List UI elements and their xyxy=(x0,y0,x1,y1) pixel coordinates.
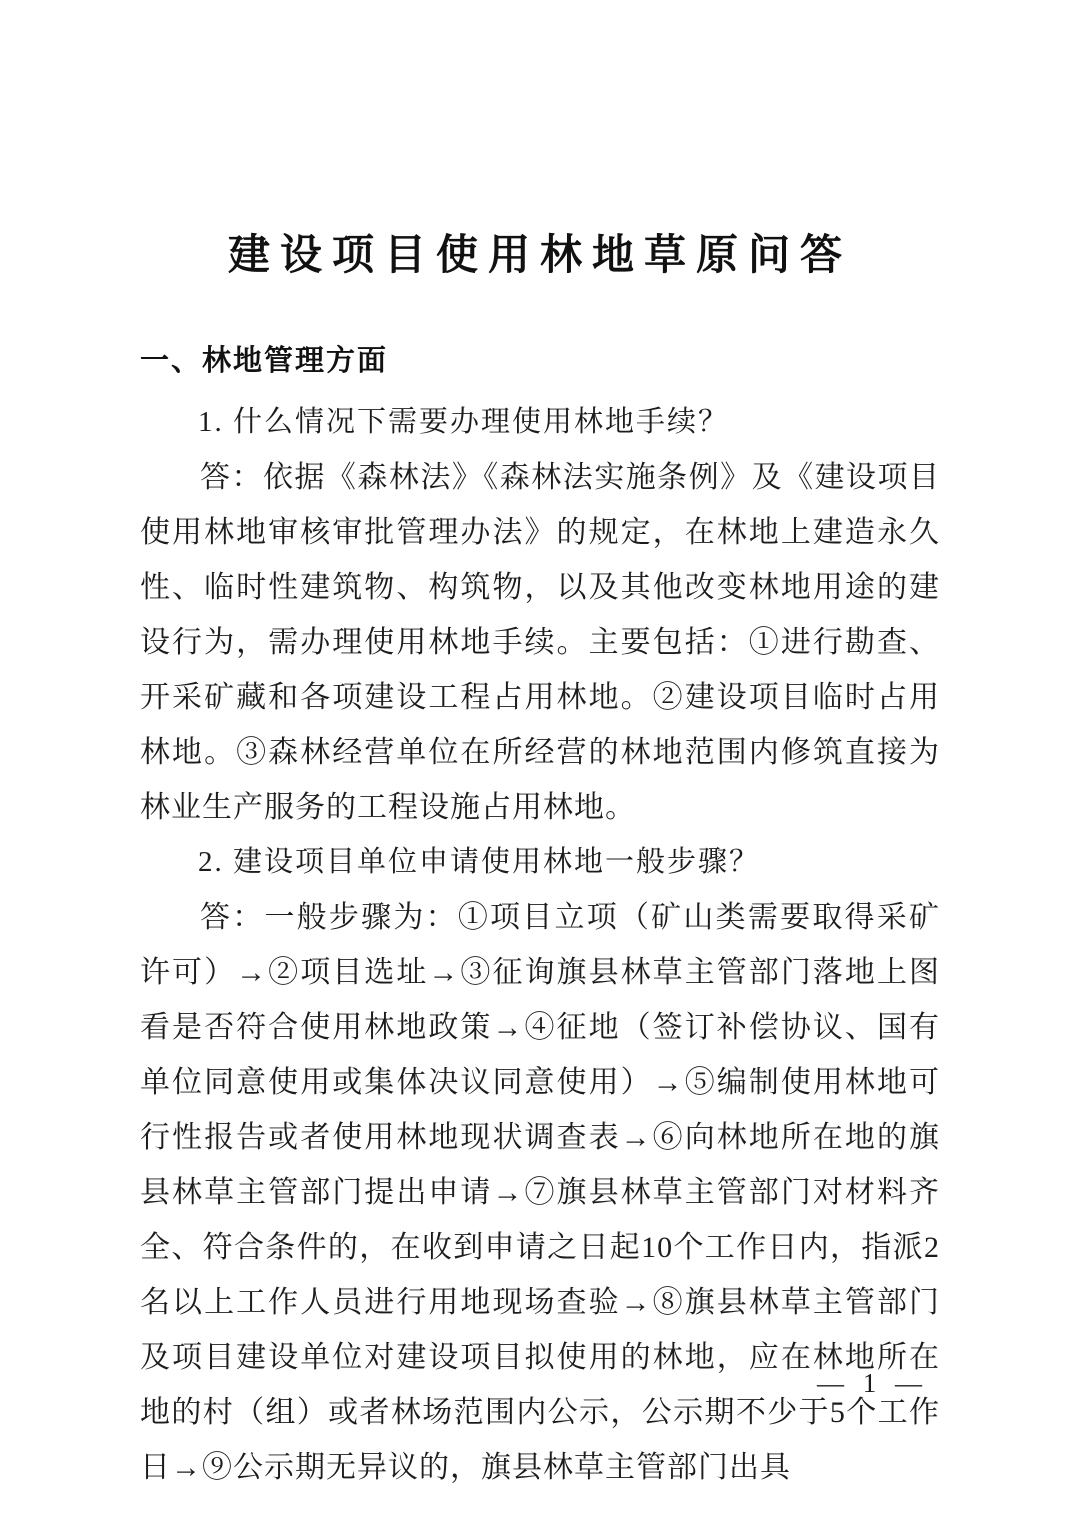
document-title: 建设项目使用林地草原问答 xyxy=(140,222,940,282)
question-1: 1. 什么情况下需要办理使用林地手续？ xyxy=(140,395,940,450)
page-number: — 1 — xyxy=(817,1368,928,1399)
document-content: 建设项目使用林地草原问答 一、林地管理方面 1. 什么情况下需要办理使用林地手续… xyxy=(140,222,940,1495)
question-2: 2. 建设项目单位申请使用林地一般步骤？ xyxy=(140,835,940,890)
answer-1: 答：依据《森林法》《森林法实施条例》及《建设项目使用林地审核审批管理办法》的规定… xyxy=(140,450,940,835)
document-page: 建设项目使用林地草原问答 一、林地管理方面 1. 什么情况下需要办理使用林地手续… xyxy=(0,0,1080,1527)
section-heading-forest-land-management: 一、林地管理方面 xyxy=(140,334,940,389)
answer-2: 答：一般步骤为：①项目立项（矿山类需要取得采矿许可）→②项目选址→③征询旗县林草… xyxy=(140,890,940,1495)
